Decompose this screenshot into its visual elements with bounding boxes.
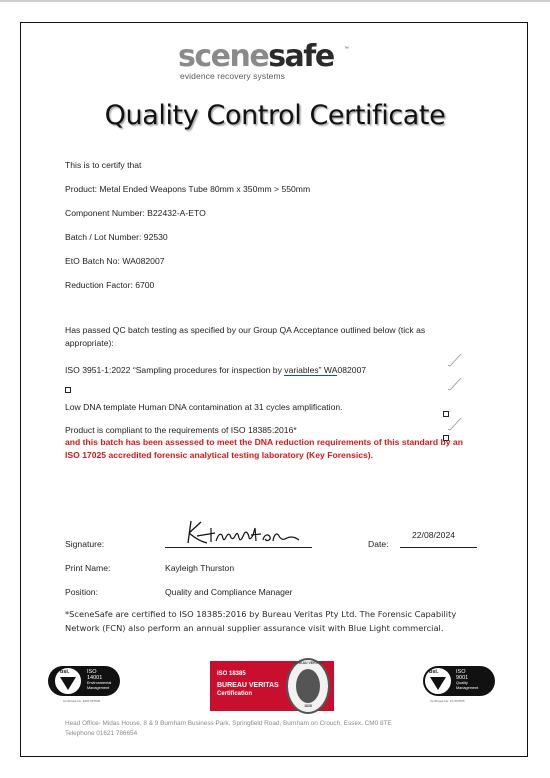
print-name-label: Print Name: [65,563,110,573]
qc-statement-line2: appropriate): [65,338,114,348]
reduction-factor-field: Reduction Factor: 6700 [65,280,154,290]
signature-line [165,546,312,548]
footer-address: Head Office- Midas House, 8 & 9 Burnham … [65,719,392,739]
checkmark-icon [446,416,462,432]
product-field: Product: Metal Ended Weapons Tube 80mm x… [65,184,310,194]
handwritten-signature-icon [185,516,305,546]
intro-text: This is to certify that [65,160,141,170]
signature-label: Signature: [65,539,104,549]
qc-statement-line1: Has passed QC batch testing as specified… [65,325,425,335]
logo-trademark: ™ [344,46,349,52]
logo-tagline: evidence recovery systems [180,71,285,81]
bsi-iso14001-badge: bsi. ISO 14001 Environmental Management … [43,664,123,708]
checkbox-square-icon [65,387,71,393]
bsi-iso9001-badge: bsi. ISO 9001 Quality Management Certifi… [418,664,498,708]
bsi-kitemark-icon [430,677,446,690]
scenesafe-logo: scenesafe ™ evidence recovery systems [178,42,378,82]
bsi-kitemark-icon [60,677,76,690]
checkbox-iso3951[interactable] [65,380,71,398]
page-top-edge [0,0,550,2]
iso18385-note-line2: ISO 17025 accredited forensic analytical… [65,450,373,460]
criterion-iso3951: ISO 3951-1:2022 “Sampling procedures for… [65,365,366,375]
date-value: 22/08/2024 [412,530,455,540]
criterion-low-dna: Low DNA template Human DNA contamination… [65,402,343,412]
date-label: Date: [368,539,389,549]
eto-batch-field: EtO Batch No: WA082007 [65,256,165,266]
component-number-field: Component Number: B22432-A-ETO [65,208,206,218]
criterion-iso18385: Product is compliant to the requirements… [65,425,297,435]
batch-lot-field: Batch / Lot Number: 92530 [65,232,168,242]
position-value: Quality and Compliance Manager [165,587,293,597]
bureau-veritas-badge: ISO 18385 BUREAU VERITAS Certification B… [210,661,334,711]
bureau-veritas-seal-icon: BUREAU VERITAS 1828 [286,658,330,714]
checkmark-icon [446,352,462,368]
certification-footnote: *SceneSafe are certified to ISO 18385:20… [65,607,456,635]
checkmark-icon [446,376,462,392]
spellcheck-underline: variables” WA [284,365,337,376]
print-name-value: Kayleigh Thurston [165,563,234,573]
date-line [400,546,477,548]
iso18385-note-line1: and this batch has been assessed to meet… [65,437,463,447]
position-label: Position: [65,587,98,597]
page-title: Quality Control Certificate [0,100,550,131]
logo-wordmark: scenesafe [178,42,334,72]
